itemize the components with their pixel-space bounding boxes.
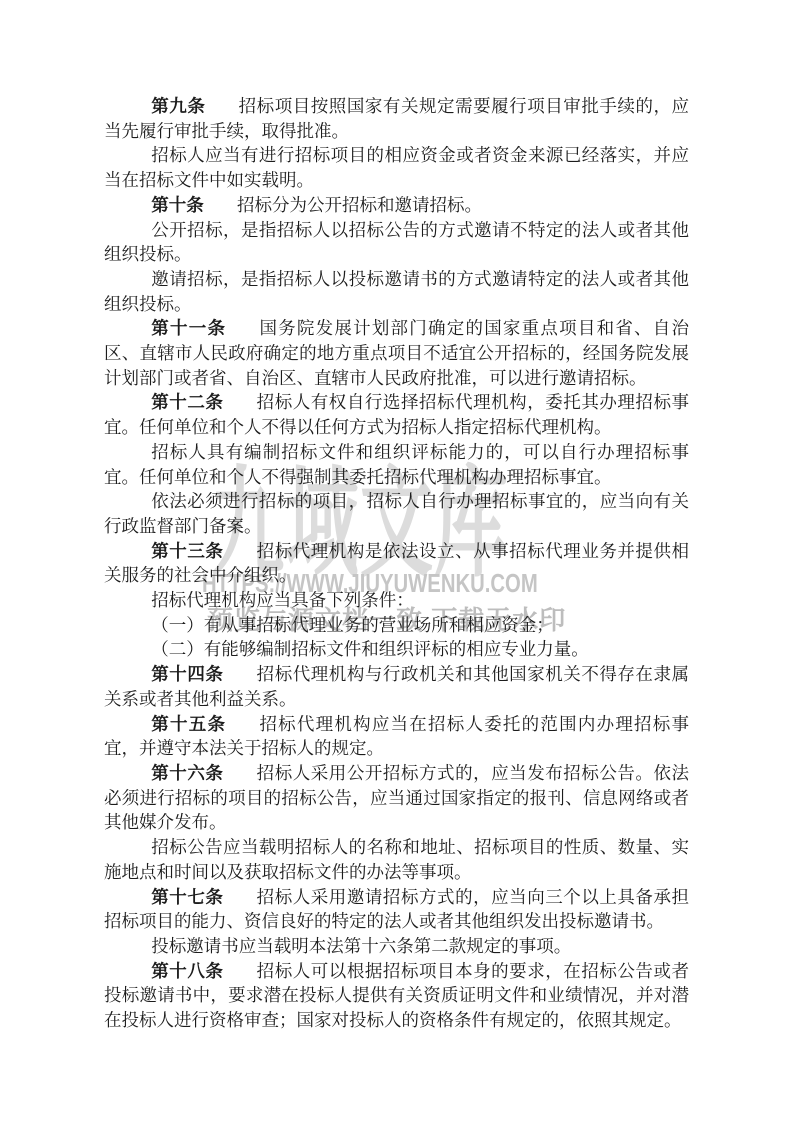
paragraph: 第十三条招标代理机构是依法设立、从事招标代理业务并提供相关服务的社会中介组织。	[104, 539, 689, 588]
paragraph-text: 公开招标，是指招标人以招标公告的方式邀请不特定的法人或者其他组织投标。	[104, 220, 689, 265]
paragraph: 第十四条招标代理机构与行政机关和其他国家机关不得存在隶属关系或者其他利益关系。	[104, 662, 689, 711]
paragraph: 第十二条招标人有权自行选择招标代理机构，委托其办理招标事宜。任何单位和个人不得以…	[104, 390, 689, 439]
article-number: 第十六条	[151, 763, 223, 783]
article-number: 第十三条	[151, 541, 223, 561]
article-number: 第十二条	[151, 392, 223, 412]
document-page: 九域文库 HTTPS://WWW.JIUYUWENKU.COM 预览与源文档一致…	[0, 0, 793, 1122]
paragraph-text: 依法必须进行招标的项目，招标人自行办理招标事宜的，应当向有关行政监督部门备案。	[104, 491, 689, 536]
article-number: 第十一条	[151, 318, 226, 338]
article-number: 第十四条	[151, 664, 223, 684]
paragraph-text: 招标公告应当载明招标人的名称和地址、招标项目的性质、数量、实施地点和时间以及获取…	[104, 837, 689, 882]
paragraph: 第十六条招标人采用公开招标方式的，应当发布招标公告。依法必须进行招标的项目的招标…	[104, 761, 689, 835]
paragraph: 第十一条国务院发展计划部门确定的国家重点项目和省、自治区、直辖市人民政府确定的地…	[104, 316, 689, 390]
paragraph: 投标邀请书应当载明本法第十六条第二款规定的事项。	[104, 934, 689, 959]
article-number: 第十七条	[151, 887, 223, 907]
paragraph: 邀请招标，是指招标人以投标邀请书的方式邀请特定的法人或者其他组织投标。	[104, 267, 689, 316]
article-number: 第十条	[151, 195, 204, 215]
paragraph: （二）有能够编制招标文件和组织评标的相应专业力量。	[104, 637, 689, 662]
paragraph: （一）有从事招标代理业务的营业场所和相应资金；	[104, 613, 689, 638]
paragraph: 公开招标，是指招标人以招标公告的方式邀请不特定的法人或者其他组织投标。	[104, 218, 689, 267]
paragraph-text: （一）有从事招标代理业务的营业场所和相应资金；	[151, 615, 554, 635]
paragraph: 第十七条招标人采用邀请招标方式的，应当向三个以上具备承担招标项目的能力、资信良好…	[104, 885, 689, 934]
paragraph-text: 邀请招标，是指招标人以投标邀请书的方式邀请特定的法人或者其他组织投标。	[104, 269, 689, 314]
paragraph: 第十条招标分为公开招标和邀请招标。	[104, 193, 689, 218]
paragraph: 依法必须进行招标的项目，招标人自行办理招标事宜的，应当向有关行政监督部门备案。	[104, 489, 689, 538]
paragraph: 招标人应当有进行招标项目的相应资金或者资金来源已经落实，并应当在招标文件中如实载…	[104, 143, 689, 192]
paragraph: 招标代理机构应当具备下列条件：	[104, 588, 689, 613]
paragraph: 招标人具有编制招标文件和组织评标能力的，可以自行办理招标事宜。任何单位和个人不得…	[104, 440, 689, 489]
paragraph: 招标公告应当载明招标人的名称和地址、招标项目的性质、数量、实施地点和时间以及获取…	[104, 835, 689, 884]
paragraph-text: 招标人具有编制招标文件和组织评标能力的，可以自行办理招标事宜。任何单位和个人不得…	[104, 442, 689, 487]
paragraph-text: 招标代理机构应当具备下列条件：	[151, 590, 414, 610]
article-number: 第九条	[151, 96, 205, 116]
article-number: 第十五条	[151, 714, 226, 734]
paragraph-text: 招标分为公开招标和邀请招标。	[237, 195, 482, 215]
article-number: 第十八条	[151, 961, 223, 981]
paragraph: 第九条招标项目按照国家有关规定需要履行项目审批手续的，应当先履行审批手续，取得批…	[104, 94, 689, 143]
paragraph-text: 招标人应当有进行招标项目的相应资金或者资金来源已经落实，并应当在招标文件中如实载…	[104, 145, 689, 190]
paragraph-text: 投标邀请书应当载明本法第十六条第二款规定的事项。	[151, 936, 571, 956]
paragraph: 第十八条招标人可以根据招标项目本身的要求，在招标公告或者投标邀请书中，要求潜在投…	[104, 959, 689, 1033]
document-body: 第九条招标项目按照国家有关规定需要履行项目审批手续的，应当先履行审批手续，取得批…	[104, 94, 689, 1033]
paragraph: 第十五条招标代理机构应当在招标人委托的范围内办理招标事宜，并遵守本法关于招标人的…	[104, 712, 689, 761]
paragraph-text: （二）有能够编制招标文件和组织评标的相应专业力量。	[151, 639, 589, 659]
